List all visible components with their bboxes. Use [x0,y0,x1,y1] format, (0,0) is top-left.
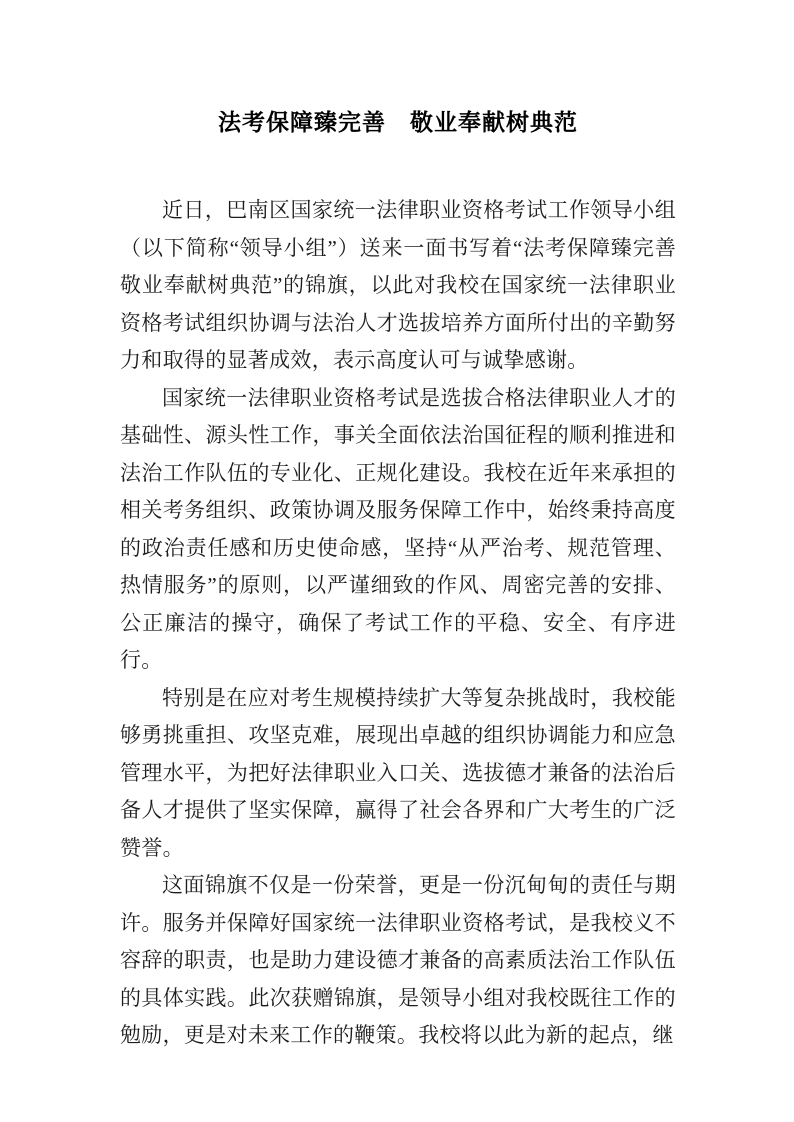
document-content: 法考保障臻完善 敬业奉献树典范 近日，巴南区国家统一法律职业资格考试工作领导小组… [120,104,676,1055]
paragraph-2: 国家统一法律职业资格考试是选拔合格法律职业人才的基础性、源头性工作，事关全面依法… [120,380,676,680]
paragraph-4: 这面锦旗不仅是一份荣誉，更是一份沉甸甸的责任与期许。服务并保障好国家统一法律职业… [120,867,676,1055]
document-page: 法考保障臻完善 敬业奉献树典范 近日，巴南区国家统一法律职业资格考试工作领导小组… [0,0,794,1122]
document-body: 近日，巴南区国家统一法律职业资格考试工作领导小组（以下简称“领导小组”）送来一面… [120,192,676,1055]
paragraph-1: 近日，巴南区国家统一法律职业资格考试工作领导小组（以下简称“领导小组”）送来一面… [120,192,676,380]
paragraph-3: 特别是在应对考生规模持续扩大等复杂挑战时，我校能够勇挑重担、攻坚克难，展现出卓越… [120,680,676,868]
document-title: 法考保障臻完善 敬业奉献树典范 [120,104,676,142]
